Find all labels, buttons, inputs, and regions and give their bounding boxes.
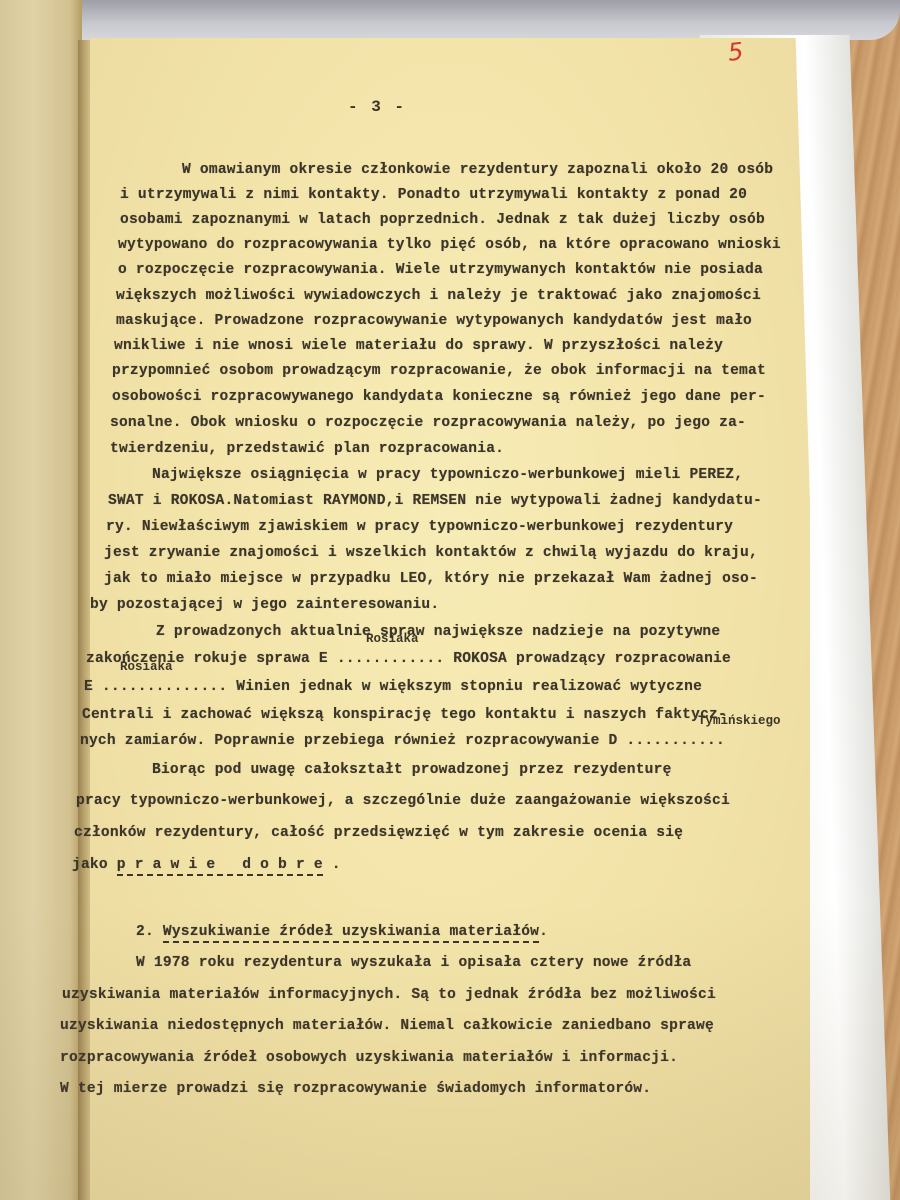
handwritten-annotation: Tymińskiego — [698, 714, 781, 728]
text-line: jako p r a w i e d o b r e . — [72, 857, 341, 873]
text-line: osobami zapoznanymi w latach poprzednich… — [120, 212, 765, 228]
text-line: osobowości rozpracowywanego kandydata ko… — [112, 389, 766, 405]
text-line: SWAT i ROKOSA.Natomiast RAYMOND,i REMSEN… — [108, 493, 762, 509]
section-number: 2. — [136, 924, 154, 940]
text-line: Z prowadzonych aktualnie spraw największ… — [156, 624, 720, 640]
text-line: E .............. Winien jednak w większy… — [84, 679, 702, 695]
text-line: W tej mierze prowadzi się rozpracowywani… — [60, 1081, 651, 1097]
section-title: Wyszukiwanie źródeł uzyskiwania materiał… — [163, 924, 539, 943]
handwritten-annotation: Rosiaka — [120, 660, 173, 674]
text-line: zakończenie rokuje sprawa E ............… — [86, 651, 731, 667]
text-line: Centrali i zachować większą konspirację … — [82, 707, 727, 723]
text-line: ry. Niewłaściwym zjawiskiem w pracy typo… — [106, 519, 733, 535]
text-line: o rozpoczęcie rozpracowywania. Wiele utr… — [118, 262, 763, 278]
text-line: maskujące. Prowadzone rozpracowywanie wy… — [116, 313, 752, 329]
background-object — [70, 0, 900, 40]
emphasis-underlined: p r a w i e d o b r e — [117, 857, 323, 876]
text-line: pracy typowniczo-werbunkowej, a szczegól… — [76, 793, 730, 809]
text-line: Największe osiągnięcia w pracy typownicz… — [152, 467, 743, 483]
text-line: W 1978 roku rezydentura wyszukała i opis… — [136, 955, 691, 971]
text-line: uzyskiwania materiałów informacyjnych. S… — [62, 987, 716, 1003]
text-line: przypomnieć osobom prowadzącym rozpracow… — [112, 363, 766, 379]
text-line: członków rezydentury, całość przedsięwzi… — [74, 825, 683, 841]
text-line: większych możliwości wywiadowczych i nal… — [116, 288, 761, 304]
text-line: by pozostającej w jego zainteresowaniu. — [90, 597, 439, 613]
text-line: Biorąc pod uwagę całokształt prowadzonej… — [152, 762, 672, 778]
text-line: uzyskiwania niedostępnych materiałów. Ni… — [60, 1018, 714, 1034]
handwritten-annotation: Rosiaka — [366, 632, 419, 646]
text-line: W omawianym okresie członkowie rezydentu… — [182, 162, 773, 178]
text-line: nych zamiarów. Poprawnie przebiega równi… — [80, 733, 725, 749]
text-span: jako — [72, 857, 117, 873]
text-line: i utrzymywali z nimi kontakty. Ponadto u… — [120, 187, 747, 203]
section-heading: 2. Wyszukiwanie źródeł uzyskiwania mater… — [136, 924, 548, 940]
text-line: wnikliwe i nie wnosi wiele materiału do … — [114, 338, 723, 354]
text-line: sonalne. Obok wniosku o rozpoczęcie rozp… — [110, 415, 746, 431]
page-number: - 3 - — [348, 98, 406, 116]
text-line: rozpracowywania źródeł osobowych uzyskiw… — [60, 1050, 678, 1066]
text-line: wytypowano do rozpracowywania tylko pięć… — [118, 237, 781, 253]
text-span: . — [323, 857, 341, 873]
folio-number: 5 — [727, 37, 745, 66]
text-line: jest zrywanie znajomości i wszelkich kon… — [104, 545, 758, 561]
text-line: twierdzeniu, przedstawić plan rozpracowa… — [110, 441, 504, 457]
text-line: jak to miało miejsce w przypadku LEO, kt… — [104, 571, 758, 587]
section-title-end: . — [539, 924, 548, 940]
